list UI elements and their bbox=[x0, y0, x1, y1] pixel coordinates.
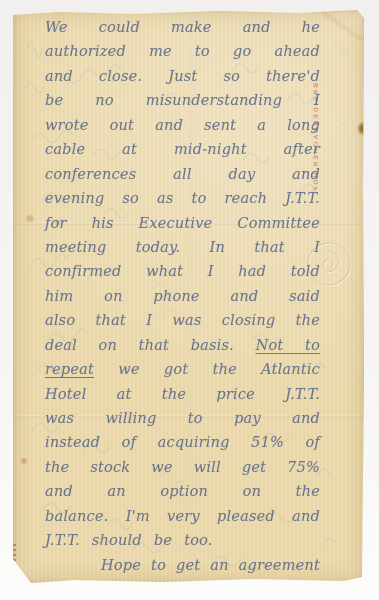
letter-text-segment: wrote out and sent a long bbox=[45, 118, 320, 134]
letter-text-segment: be no misunderstanding I bbox=[45, 93, 320, 109]
letter-line: wrote out and sent a long bbox=[45, 114, 320, 138]
letter-line: be no misunderstanding I bbox=[45, 89, 320, 113]
letter-line: the stock we will get 75% bbox=[45, 456, 320, 480]
letter-line: and an option on the bbox=[45, 480, 320, 504]
letter-text-segment: instead of acquiring 51% of bbox=[45, 435, 320, 451]
letter-line: meeting today. In that I bbox=[45, 236, 320, 260]
letter-text-segment: him on phone and said bbox=[45, 289, 320, 305]
letter-line: balance. I'm very pleased and bbox=[45, 505, 320, 529]
letter-text-segment: Hotel at the price J.T.T. bbox=[45, 387, 320, 403]
letter-line: deal on that basis. Not to bbox=[45, 334, 320, 358]
letter-text-segment: confirmed what I had told bbox=[45, 264, 320, 280]
letter-text-segment: authorized me to go ahead bbox=[45, 44, 320, 60]
letter-line: instead of acquiring 51% of bbox=[45, 431, 320, 455]
letter-line: Hotel at the price J.T.T. bbox=[45, 383, 320, 407]
letter-line: was willing to pay and bbox=[45, 407, 320, 431]
letter-text-segment: also that I was closing the bbox=[45, 313, 320, 329]
letter-line: evening so as to reach J.T.T. bbox=[45, 187, 320, 211]
red-print-edge-mark bbox=[13, 544, 16, 574]
letter-text-segment: for his Executive Committee bbox=[45, 216, 320, 232]
letter-line: We could make and he bbox=[45, 16, 320, 40]
letter-line: him on phone and said bbox=[45, 285, 320, 309]
photo-background: BREIDENBACHER HOF We could make and heau… bbox=[0, 0, 379, 600]
letter-line: J.T.T. should be too. bbox=[45, 529, 320, 553]
stain-spot bbox=[26, 215, 34, 222]
stain-spot bbox=[358, 122, 369, 135]
letter-page: BREIDENBACHER HOF We could make and heau… bbox=[13, 10, 364, 583]
underlined-phrase: repeat bbox=[45, 362, 94, 378]
letter-text-segment: the stock we will get 75% bbox=[45, 460, 320, 476]
letter-line: also that I was closing the bbox=[45, 309, 320, 333]
letter-text-segment: was willing to pay and bbox=[45, 411, 320, 427]
corner-fold-mark bbox=[322, 10, 364, 40]
stain-spot bbox=[21, 458, 27, 464]
letter-text-segment: and close. Just so there'd bbox=[45, 69, 320, 85]
letter-line: for his Executive Committee bbox=[45, 212, 320, 236]
letter-text-segment: meeting today. In that I bbox=[45, 240, 320, 256]
letter-line: authorized me to go ahead bbox=[45, 40, 320, 64]
letter-text-segment: deal on that basis. bbox=[45, 338, 256, 354]
letter-text-segment: J.T.T. should be too. bbox=[45, 533, 213, 549]
letter-line: repeat we got the Atlantic bbox=[45, 358, 320, 382]
letter-line: Hope to get an agreement bbox=[45, 554, 320, 578]
letter-body: We could make and heauthorized me to go … bbox=[45, 16, 320, 578]
letter-text-segment: conferences all day and bbox=[45, 167, 320, 183]
letter-text-segment: evening so as to reach J.T.T. bbox=[45, 191, 320, 207]
underlined-phrase: Not to bbox=[256, 338, 320, 354]
letter-text-segment: Hope to get an agreement bbox=[101, 558, 320, 574]
letter-line: confirmed what I had told bbox=[45, 260, 320, 284]
letter-line: cable at mid-night after bbox=[45, 138, 320, 162]
letter-text-segment: we got the Atlantic bbox=[94, 362, 320, 378]
letter-line: and close. Just so there'd bbox=[45, 65, 320, 89]
letter-text-segment: cable at mid-night after bbox=[45, 142, 320, 158]
letter-line: conferences all day and bbox=[45, 163, 320, 187]
letter-text-segment: and an option on the bbox=[45, 484, 320, 500]
letter-text-segment: We could make and he bbox=[45, 20, 320, 36]
letter-text-segment: balance. I'm very pleased and bbox=[45, 509, 320, 525]
